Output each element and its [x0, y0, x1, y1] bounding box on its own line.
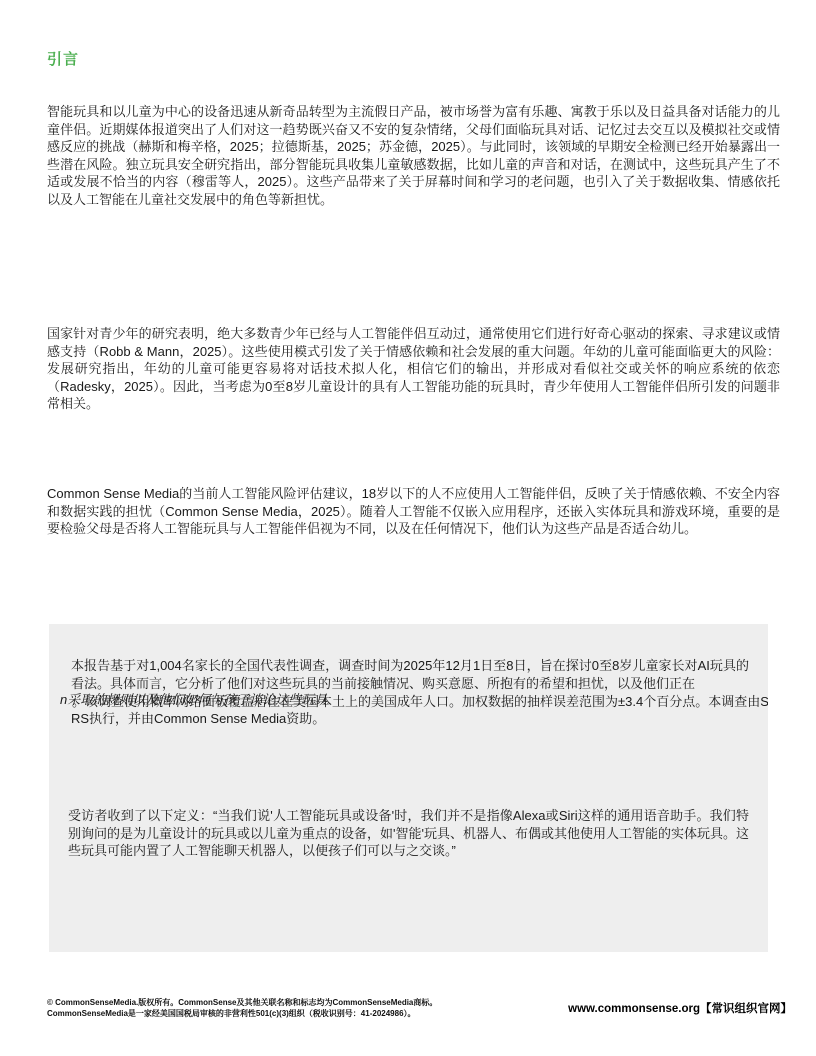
footer-website-link[interactable]: www.commonsense.org【常识组织官网】: [568, 1000, 792, 1016]
methodology-text-end: RS执行，并由Common Sense Media资助。: [71, 710, 749, 728]
document-page: 引言 智能玩具和以儿童为中心的设备迅速从新奇品转型为主流假日产品，被市场誉为富有…: [0, 0, 816, 1056]
body-paragraph-3: Common Sense Media的当前人工智能风险评估建议，18岁以下的人不…: [47, 485, 780, 538]
body-paragraph-1: 智能玩具和以儿童为中心的设备迅速从新奇品转型为主流假日产品，被市场誉为富有乐趣、…: [47, 103, 780, 209]
methodology-callout-box: 本报告基于对1,004名家长的全国代表性调查，调查时间为2025年12月1日至8…: [49, 624, 768, 952]
footer-copyright-line-2: CommonSenseMedia是一家经美国国税局审核的非营利性501(c)(3…: [47, 1008, 547, 1019]
footer-copyright: © CommonSenseMedia.版权所有。CommonSense及其他关联…: [47, 997, 547, 1019]
section-heading-introduction: 引言: [47, 48, 79, 69]
overlap-text-layer-b: 。该调查使用概率网络面板覆盖居住在美国本土上的美国成年人口。加权数据的抽样误差范…: [72, 693, 768, 711]
overlapping-text-artifact: n采取的规则以及他们如何与孩子谈论这些玩具 。该调查使用概率网络面板覆盖居住在美…: [71, 692, 749, 710]
body-paragraph-2: 国家针对青少年的研究表明，绝大多数青少年已经与人工智能伴侣互动过，通常使用它们进…: [47, 325, 780, 413]
methodology-paragraph: 本报告基于对1,004名家长的全国代表性调查，调查时间为2025年12月1日至8…: [71, 657, 749, 728]
footer-copyright-line-1: © CommonSenseMedia.版权所有。CommonSense及其他关联…: [47, 997, 547, 1008]
methodology-text-start: 本报告基于对1,004名家长的全国代表性调查，调查时间为2025年12月1日至8…: [71, 657, 749, 692]
definition-paragraph: 受访者收到了以下定义：“当我们说'人工智能玩具或设备'时，我们并不是指像Alex…: [68, 807, 749, 860]
